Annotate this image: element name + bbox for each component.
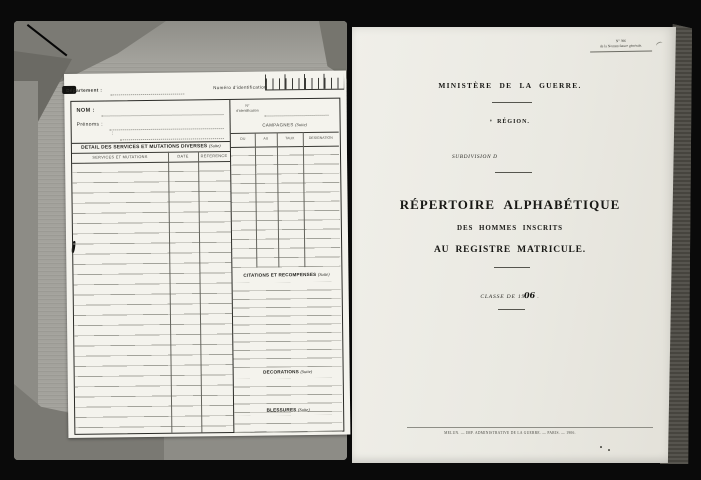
ministry-title: MINISTÈRE DE LA GUERRE. xyxy=(352,81,668,90)
id-number-comb-field xyxy=(265,78,344,91)
campagnes-col-taux: TAUX xyxy=(277,136,303,140)
ink-speck xyxy=(608,449,610,451)
form-ref-nomenclature: de la Nomenclature générale. xyxy=(590,44,652,50)
campagnes-table-title: CAMPAGNES (Suite) xyxy=(231,122,339,128)
right-title-page: N° 396 de la Nomenclature générale. MINI… xyxy=(352,27,676,463)
campagnes-title-suffix: (Suite) xyxy=(295,122,307,127)
ornament-rule xyxy=(495,172,532,173)
printer-imprint: MELUN. — IMP. ADMINISTRATIVE DE LA GUERR… xyxy=(352,431,668,435)
campagnes-col-designation: DESIGNATION xyxy=(303,136,339,140)
divider xyxy=(231,132,339,134)
ornament-rule xyxy=(494,267,530,268)
id-number-label: Numéro d'identification xyxy=(213,85,267,91)
form-grid: NOM : Prénoms : : DETAIL DES SERVICES ET… xyxy=(70,98,344,435)
services-table-title: DETAIL DES SERVICES ET MUTATIONS DIVERSE… xyxy=(72,143,230,151)
imprint-rule xyxy=(407,427,653,428)
id-number-box: N° d'identification xyxy=(232,104,262,114)
matricule-form-sheet: Département : Numéro d'identification NO… xyxy=(64,71,350,438)
region-line: ᵉ RÉGION. xyxy=(352,119,668,125)
classe-period: . xyxy=(537,294,539,300)
main-title: RÉPERTOIRE ALPHABÉTIQUE xyxy=(352,197,668,213)
citations-title-suffix: (Suite) xyxy=(318,272,330,277)
department-label: Département : xyxy=(66,88,102,93)
services-ruled-rows xyxy=(72,161,233,434)
decorations-title-text: DECORATIONS xyxy=(263,369,299,374)
id-box-line2: d'identification xyxy=(232,109,262,114)
card-left-edge xyxy=(14,81,38,421)
campagnes-title-text: CAMPAGNES xyxy=(262,122,293,127)
classe-line: CLASSE DE 1906 . xyxy=(352,290,668,300)
nom-label: NOM : xyxy=(76,108,95,114)
ornament-rule xyxy=(492,102,532,103)
blessures-title-text: BLESSURES xyxy=(267,407,297,412)
prenoms-dotted-line-2 xyxy=(120,137,224,140)
id-box-dotted-line xyxy=(265,114,329,117)
decorations-section-title: DECORATIONS (Suite) xyxy=(234,369,342,375)
subtitle-line2: AU REGISTRE MATRICULE. xyxy=(352,245,668,255)
blessures-ruled-rows xyxy=(234,415,342,433)
classe-label: CLASSE DE 19 xyxy=(480,294,525,300)
left-page-card: Département : Numéro d'identification NO… xyxy=(14,21,347,460)
decorations-title-suffix: (Suite) xyxy=(300,369,312,374)
citations-ruled-rows xyxy=(233,282,342,368)
ornament-rule xyxy=(498,309,525,310)
services-col-mutations: SERVICES ET MUTATIONS xyxy=(72,154,168,160)
citations-section-title: CITATIONS ET RECOMPENSES (Suite) xyxy=(232,272,340,278)
nom-dotted-line xyxy=(101,113,223,116)
services-title-suffix: (Suite) xyxy=(209,143,221,148)
campagnes-col-du: DU xyxy=(231,137,255,141)
pencil-mark xyxy=(655,41,663,48)
prenoms-label: Prénoms : xyxy=(77,122,103,128)
blessures-title-suffix: (Suite) xyxy=(298,407,310,412)
campagnes-ruled-rows xyxy=(231,146,340,268)
subdivision-line: SUBDIVISION D xyxy=(452,154,498,160)
department-dotted-line xyxy=(110,93,184,96)
subtitle-line1: DES HOMMES INSCRITS xyxy=(352,224,668,232)
citations-title-text: CITATIONS ET RECOMPENSES xyxy=(243,272,316,278)
services-title-text: DETAIL DES SERVICES ET MUTATIONS DIVERSE… xyxy=(81,144,207,151)
services-col-reference: REFERENCE xyxy=(198,153,230,158)
form-reference-number: N° 396 de la Nomenclature générale. xyxy=(590,38,652,52)
campagnes-col-au: AU xyxy=(255,136,277,140)
classe-handwritten-year: 06 xyxy=(523,290,536,300)
services-col-date: DATE xyxy=(168,153,198,158)
ink-speck xyxy=(600,446,602,448)
book-scan: Département : Numéro d'identification NO… xyxy=(0,0,701,480)
prenoms-dotted-line xyxy=(110,127,224,130)
form-right-column: N° d'identification CAMPAGNES (Suite) DU… xyxy=(229,99,343,432)
prenoms-continuation-colon: : xyxy=(112,130,114,136)
